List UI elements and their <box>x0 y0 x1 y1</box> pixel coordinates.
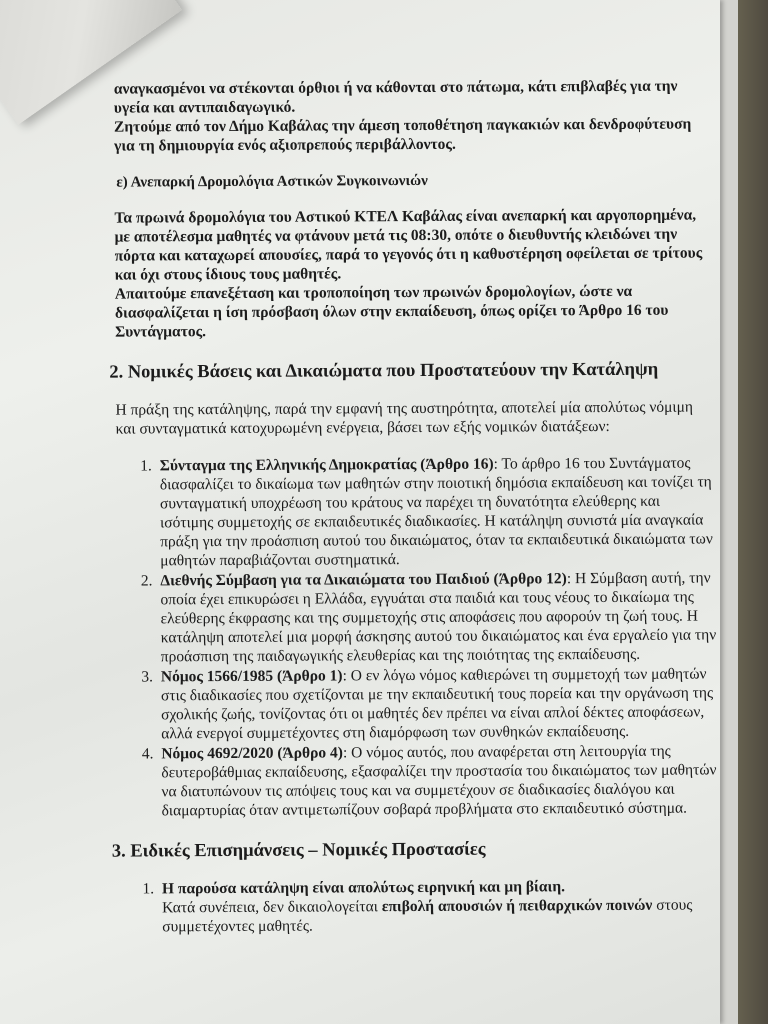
list-item-emphasis: επιβολή απουσιών ή πειθαρχικών ποινών <box>382 897 653 915</box>
list-item: Νόμος 4692/2020 (Άρθρο 4): Ο νόμος αυτός… <box>157 741 717 820</box>
document-content: αναγκασμένοι να στέκονται όρθιοι ή να κά… <box>114 76 718 937</box>
list-item: Σύνταγμα της Ελληνικής Δημοκρατίας (Άρθρ… <box>156 453 717 570</box>
list-item-title: Σύνταγμα της Ελληνικής Δημοκρατίας (Άρθρ… <box>160 456 494 475</box>
subsection-heading-transport: ε) Ανεπαρκή Δρομολόγια Αστικών Συγκοινων… <box>116 170 714 192</box>
legal-bases-list: Σύνταγμα της Ελληνικής Δημοκρατίας (Άρθρ… <box>116 453 718 820</box>
transport-demand: Απαιτούμε επανεξέταση και τροποποίηση τω… <box>115 281 715 341</box>
legal-bases-intro: Η πράξη της κατάληψης, παρά την εμφανή τ… <box>115 397 715 438</box>
transport-paragraph: Τα πρωινά δρομολόγια του Αστικού ΚΤΕΛ Κα… <box>114 205 714 284</box>
list-item-title: Νόμος 1566/1985 (Άρθρο 1) <box>161 667 343 685</box>
list-item-title: Νόμος 4692/2020 (Άρθρο 4) <box>161 744 343 762</box>
section-heading-legal-bases: 2. Νομικές Βάσεις και Δικαιώματα που Προ… <box>109 360 715 382</box>
list-item: Νόμος 1566/1985 (Άρθρο 1): Ο εν λόγω νόμ… <box>157 664 717 743</box>
municipality-demand: Ζητούμε από τον Δήμο Καβάλας την άμεση τ… <box>114 114 714 155</box>
list-item-text: Κατά συνέπεια, δεν δικαιολογείται <box>162 898 382 916</box>
section-heading-legal-protections: 3. Ειδικές Επισημάνσεις – Νομικές Προστα… <box>112 839 718 861</box>
document-page: αναγκασμένοι να στέκονται όρθιοι ή να κά… <box>0 0 720 1024</box>
list-item: Διεθνής Σύμβαση για τα Δικαιώματα του Πα… <box>156 568 716 666</box>
list-item-title: Διεθνής Σύμβαση για τα Δικαιώματα του Πα… <box>160 570 567 589</box>
continued-paragraph: αναγκασμένοι να στέκονται όρθιοι ή να κά… <box>114 76 714 117</box>
list-item-title: Η παρούσα κατάληψη είναι απολύτως ειρηνι… <box>162 878 565 897</box>
list-item: Η παρούσα κατάληψη είναι απολύτως ειρηνι… <box>158 876 718 936</box>
legal-protections-list: Η παρούσα κατάληψη είναι απολύτως ειρηνι… <box>118 876 718 936</box>
